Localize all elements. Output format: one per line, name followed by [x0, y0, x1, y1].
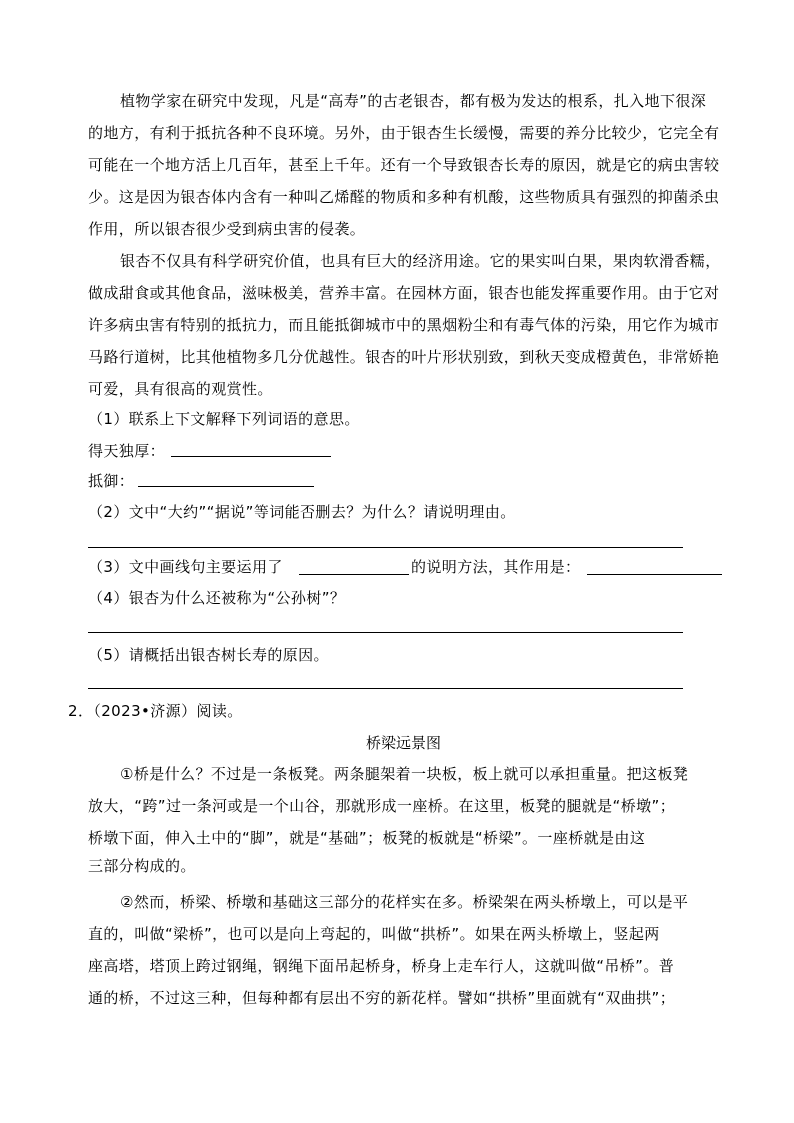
answer-line-q5[interactable] — [88, 688, 683, 689]
answer-blank-term-1[interactable] — [171, 456, 331, 457]
text-line: 银杏不仅具有科学研究价值，也具有巨大的经济用途。它的果实叫白果，果肉软滑香糯， — [120, 252, 721, 270]
text-line: ①桥是什么？不过是一条板凳。两条腿架着一块板，板上就可以承担重量。把这板凳 — [120, 765, 688, 783]
text-line: 直的，叫做“梁桥”，也可以是向上弯起的，叫做“拱桥”。如果在两头桥墩上，竖起两 — [88, 925, 660, 943]
question-3-part-1: （3）文中画线句主要运用了 — [88, 558, 283, 576]
question-2-prompt: （2）文中“大约”“据说”等词能否删去？为什么？请说明理由。 — [88, 503, 516, 521]
question-3-part-2: 的说明方法，其作用是： — [411, 558, 580, 576]
text-line: 做成甜食或其他食品，滋味极美，营养丰富。在园林方面，银杏也能发挥重要作用。由于它… — [88, 284, 719, 302]
answer-line-q4[interactable] — [88, 632, 683, 633]
text-line: 座高塔，塔顶上跨过钢绳，钢绳下面吊起桥身，桥身上走车行人，这就叫做“吊桥”。普 — [88, 957, 674, 975]
text-line: 少。这是因为银杏体内含有一种叫乙烯醛的物质和多种有机酸，这些物质具有强烈的抑菌杀… — [88, 188, 719, 206]
term-2-row: 抵御： — [88, 472, 134, 490]
text-line: 许多病虫害有特别的抵抗力，而且能抵御城市中的黑烟粉尘和有毒气体的污染，用它作为城… — [88, 316, 719, 334]
text-line: 可能在一个地方活上几百年，甚至上千年。还有一个导致银杏长寿的原因，就是它的病虫害… — [88, 156, 719, 174]
text-line: 作用，所以银杏很少受到病虫害的侵袭。 — [88, 220, 365, 238]
section-2-header: 2．（2023•济源）阅读。 — [68, 702, 243, 720]
text-line: 放大，“跨”过一条河或是一个山谷，那就形成一座桥。在这里，板凳的腿就是“桥墩”； — [88, 797, 675, 815]
answer-blank-q3-method[interactable] — [299, 574, 409, 575]
term-1-label: 得天独厚： — [88, 442, 165, 460]
question-5-prompt: （5）请概括出银杏树长寿的原因。 — [88, 646, 329, 664]
term-2-label: 抵御： — [88, 472, 134, 490]
question-1-prompt: （1）联系上下文解释下列词语的意思。 — [88, 410, 360, 428]
text-line: 三部分构成的。 — [88, 857, 196, 875]
question-4-prompt: （4）银杏为什么还被称为“公孙树”？ — [88, 589, 345, 607]
article-title: 桥梁远景图 — [366, 732, 441, 753]
answer-blank-q3-effect[interactable] — [587, 574, 722, 575]
text-line: 通的桥，不过这三种，但每种都有层出不穷的新花样。譬如“拱桥”里面就有“双曲拱”； — [88, 989, 675, 1007]
text-line: ②然而，桥梁、桥墩和基础这三部分的花样实在多。桥梁架在两头桥墩上，可以是平 — [120, 893, 688, 911]
text-line: 的地方，有利于抵抗各种不良环境。另外，由于银杏生长缓慢，需要的养分比较少，它完全… — [88, 124, 719, 142]
term-1-row: 得天独厚： — [88, 442, 165, 460]
answer-blank-term-2[interactable] — [138, 486, 314, 487]
text-line: 可爱，具有很高的观赏性。 — [88, 380, 273, 398]
text-line: 植物学家在研究中发现，凡是“高寿”的古老银杏，都有极为发达的根系，扎入地下很深 — [120, 92, 706, 110]
text-line: 桥墩下面，伸入土中的“脚”，就是“基础”；板凳的板就是“桥梁”。一座桥就是由这 — [88, 829, 645, 847]
answer-line-q2[interactable] — [88, 547, 683, 548]
text-line: 马路行道树，比其他植物多几分优越性。银杏的叶片形状别致，到秋天变成橙黄色，非常娇… — [88, 348, 719, 366]
